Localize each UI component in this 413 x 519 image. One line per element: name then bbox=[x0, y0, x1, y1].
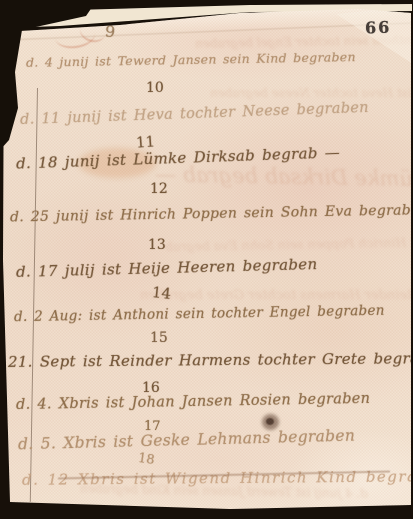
register-entry-line: 21. Sept ist Reinder Harmens tochter Gre… bbox=[8, 349, 413, 371]
register-entry-line: d. 11 junij ist Heva tochter Neese begra… bbox=[20, 100, 369, 128]
register-entry-line: d. 4 junij ist Tewerd Jansen sein Kind b… bbox=[26, 49, 356, 70]
entry-number: 18 bbox=[137, 451, 155, 468]
register-entry-line: d. 4. Xbris ist Johan Jansen Rosien begr… bbox=[16, 391, 371, 413]
entry-number: 14 bbox=[151, 283, 172, 303]
ink-blot bbox=[266, 418, 274, 425]
entry-number: 13 bbox=[148, 237, 166, 253]
entry-number: 12 bbox=[150, 181, 168, 197]
entry-number: 10 bbox=[146, 80, 164, 96]
entry-number: 15 bbox=[150, 330, 168, 346]
register-entry-line: d. 5. Xbris ist Geske Lehmans begraben bbox=[18, 427, 356, 454]
register-entry-line: d. 2 Aug: ist Anthoni sein tochter Engel… bbox=[14, 303, 385, 325]
register-entry-line: d. 17 julij ist Heije Heeren begraben bbox=[16, 255, 318, 281]
manuscript-page-scan: d. 2 Aug: ist Anthoni sein tochter Engel… bbox=[0, 0, 413, 519]
page-number: 66 bbox=[365, 18, 392, 38]
entry-number: 11 bbox=[135, 132, 155, 151]
entry-number: 9 bbox=[104, 22, 116, 42]
bleedthrough-text: d. 25 junij ist Hinrich Poppen sein Sohn… bbox=[165, 233, 413, 254]
bleedthrough-text: d. 11 junij ist Heva tochter Neese begra… bbox=[210, 86, 413, 100]
entry-number: 16 bbox=[142, 380, 160, 396]
paper: d. 2 Aug: ist Anthoni sein tochter Engel… bbox=[0, 0, 413, 519]
bleedthrough-text: 21. Sept ist Reinder Harmens tochter Gre… bbox=[140, 288, 413, 303]
bleedthrough-text: d. 18 junij ist Lümke Dirksab begrab — bbox=[155, 162, 413, 193]
register-entry-line: d. 25 junij ist Hinrich Poppen sein Sohn… bbox=[10, 203, 411, 226]
